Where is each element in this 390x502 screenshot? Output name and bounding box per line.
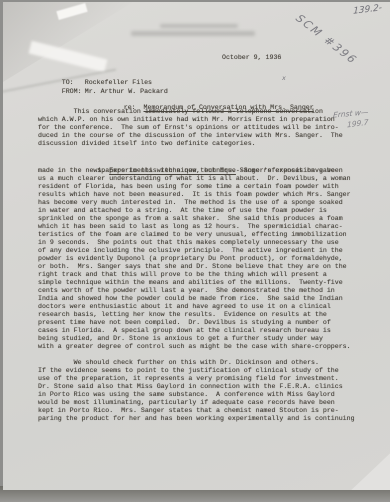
paragraph-3: We should check further on this with Dr.… — [38, 359, 355, 423]
fold-crease-highlight — [29, 41, 108, 72]
handwritten-file-number: 139.2- — [353, 3, 382, 17]
ink-bleedthrough-smudge — [131, 31, 255, 36]
handwritten-diagonal-note: SCM #396 — [293, 12, 360, 67]
handwritten-margin-note: 199.7 — [347, 118, 368, 130]
from-label: FROM: — [62, 88, 85, 96]
from-value: Mr. Arthur W. Packard — [85, 88, 168, 95]
pencil-x-mark: x — [282, 74, 286, 82]
date-line: October 9, 1936 — [222, 54, 281, 62]
scanned-document-page: 139.2- SCM #396 Ernst w— 199.7 x October… — [0, 0, 390, 502]
item1-body: made in the newspapers to this technique… — [38, 167, 351, 351]
paragraph-1: This conversation immediately followed a… — [38, 108, 343, 148]
ink-bleedthrough-smudge — [160, 24, 238, 28]
paper-sheet: 139.2- SCM #396 Ernst w— 199.7 x October… — [3, 2, 390, 490]
